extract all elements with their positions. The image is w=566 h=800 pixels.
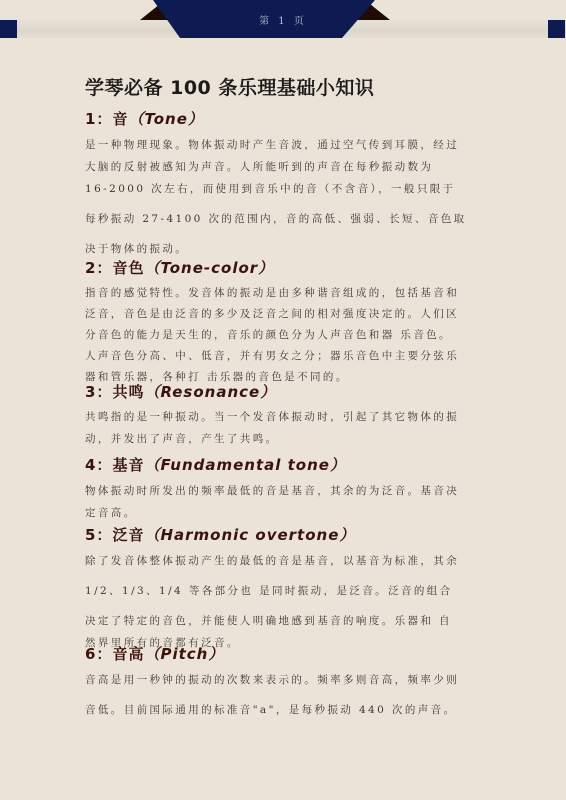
section-body-fundamental-tone: 物体振动时所发出的频率最低的音是基音，其余的为泛音。基音决 定音高。 [85, 480, 480, 524]
text-line: 音低。目前国际通用的标准音"a"，是每秒振动 440 次的声音。 [85, 699, 480, 721]
section-title-en: （Resonance） [144, 383, 276, 401]
section-number: 3： [85, 383, 112, 401]
section-title-cn: 共鸣 [112, 383, 144, 401]
text-line: 分音色的能力是天生的，音乐的颜色分为人声音色和器 乐音色。 [85, 325, 480, 346]
text-line: 泛音，音色是由泛音的多少及泛音之间的相对强度决定的。人们区 [85, 304, 480, 325]
section-title-cn: 音 [112, 110, 128, 128]
text-line: 大脑的反射被感知为声音。人所能听到的声音在每秒振动数为 [85, 156, 480, 178]
text-line: 指音的感觉特性。发音体的振动是由多种谐音组成的，包括基音和 [85, 283, 480, 304]
section-number: 2： [85, 259, 112, 277]
section-body-resonance: 共鸣指的是一种振动。当一个发音体振动时，引起了其它物体的振 动，并发出了声音，产… [85, 406, 480, 450]
section-title-en: （Pitch） [144, 645, 224, 663]
section-title-cn: 音色 [112, 259, 144, 277]
section-title-cn: 基音 [112, 456, 144, 474]
section-title-cn: 泛音 [112, 526, 144, 544]
section-number: 4： [85, 456, 112, 474]
text-line: 动，并发出了声音，产生了共鸣。 [85, 428, 480, 450]
section-title-cn: 音高 [112, 645, 144, 663]
section-heading-harmonic-overtone: 5：泛音（Harmonic overtone） [85, 524, 355, 545]
section-heading-tone: 1：音（Tone） [85, 108, 204, 129]
section-body-tone: 是一种物理现象。物体振动时产生音波，通过空气传到耳膜，经过 大脑的反射被感知为声… [85, 134, 480, 260]
text-line: 物体振动时所发出的频率最低的音是基音，其余的为泛音。基音决 [85, 480, 480, 502]
text-line: 音高是用一秒钟的振动的次数来表示的。频率多则音高，频率少则 [85, 669, 480, 691]
section-title-en: （Harmonic overtone） [144, 526, 355, 544]
text-line: 人声音色分高、中、低音，并有男女之分；器乐音色中主要分弦乐 [85, 346, 480, 367]
section-heading-fundamental-tone: 4：基音（Fundamental tone） [85, 454, 346, 475]
document-title: 学琴必备 100 条乐理基础小知识 [85, 73, 374, 100]
section-body-tone-color: 指音的感觉特性。发音体的振动是由多种谐音组成的，包括基音和 泛音，音色是由泛音的… [85, 283, 480, 388]
section-number: 1： [85, 110, 112, 128]
section-body-pitch: 音高是用一秒钟的振动的次数来表示的。频率多则音高，频率少则 音低。目前国际通用的… [85, 669, 480, 721]
section-heading-tone-color: 2：音色（Tone-color） [85, 257, 274, 278]
section-title-en: （Tone-color） [144, 259, 274, 277]
text-line: 每秒振动 27-4100 次的范围内，音的高低、强弱、长短、音色取 [85, 208, 480, 230]
section-heading-resonance: 3：共鸣（Resonance） [85, 381, 276, 402]
text-line: 共鸣指的是一种振动。当一个发音体振动时，引起了其它物体的振 [85, 406, 480, 428]
text-line: 是一种物理现象。物体振动时产生音波，通过空气传到耳膜，经过 [85, 134, 480, 156]
text-line: 决定了特定的音色，并能使人明确地感到基音的响度。乐器和 自 [85, 610, 480, 632]
text-line: 16-2000 次左右，而使用到音乐中的音（不含音），一般只限于 [85, 178, 480, 200]
section-number: 5： [85, 526, 112, 544]
page-number-label: 第 1 页 [0, 12, 566, 27]
text-line: 定音高。 [85, 502, 480, 524]
section-title-en: （Tone） [128, 110, 203, 128]
section-heading-pitch: 6：音高（Pitch） [85, 643, 224, 664]
text-line: 除了发音体整体振动产生的最低的音是基音，以基音为标准，其余 [85, 550, 480, 572]
section-number: 6： [85, 645, 112, 663]
section-body-harmonic-overtone: 除了发音体整体振动产生的最低的音是基音，以基音为标准，其余 1/2、1/3、1/… [85, 550, 480, 654]
section-title-en: （Fundamental tone） [144, 456, 346, 474]
text-line: 1/2、1/3、1/4 等各部分也 是同时振动，是泛音。泛音的组合 [85, 580, 480, 602]
